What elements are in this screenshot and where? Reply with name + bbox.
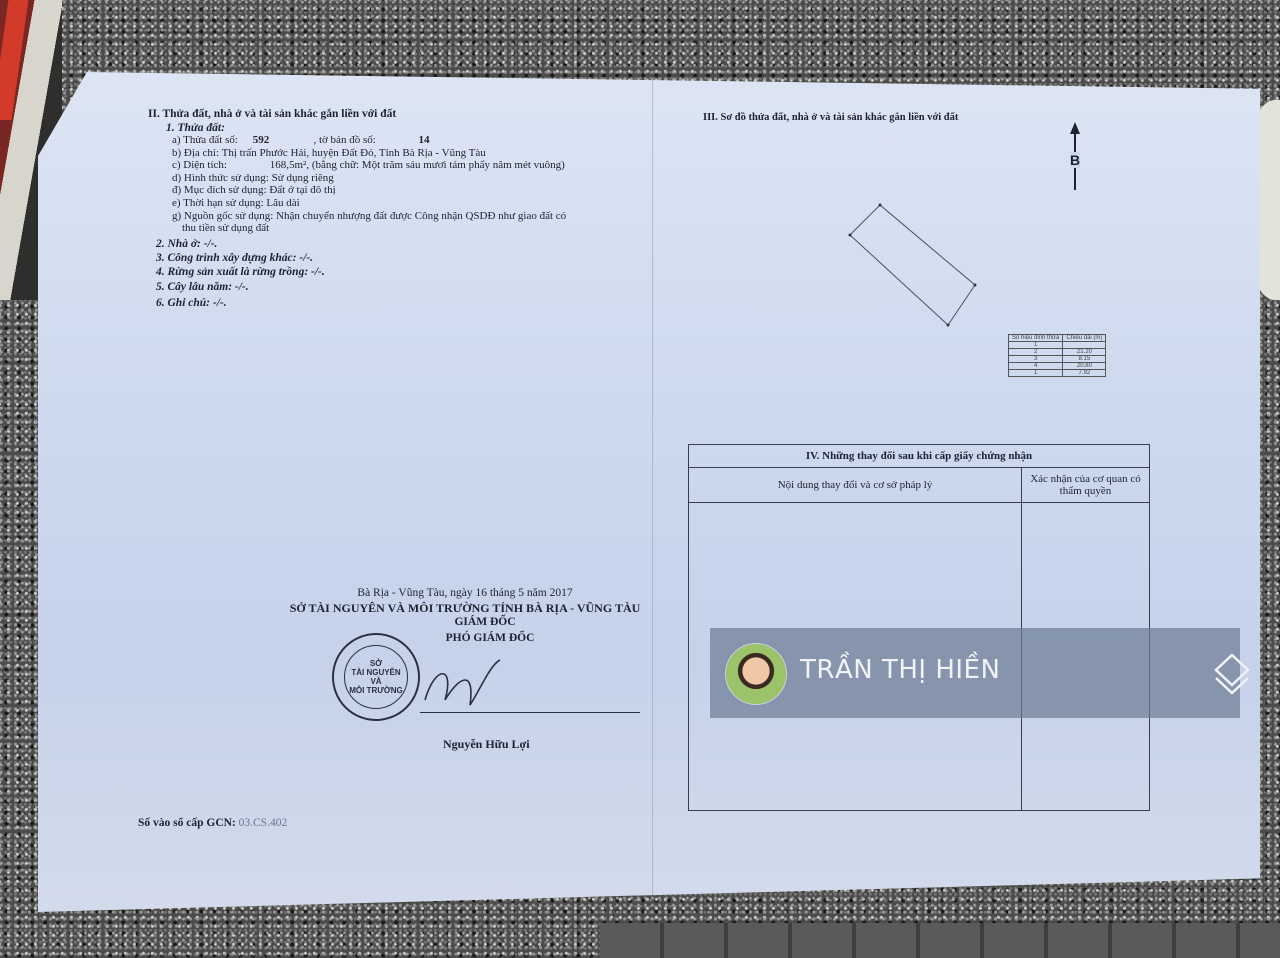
signature-line [420,712,640,713]
faint-bleed-text: ​ [360,450,560,461]
signature-block: Bà Rịa - Vũng Tàu, ngày 16 tháng 5 năm 2… [250,587,680,644]
registry-row: Số vào sổ cấp GCN: 03.CS.402 [138,817,287,830]
usage-purpose-row: đ) Mục đích sử dụng: Đất ở tại đô thị [172,184,566,197]
map-sheet-label: , tờ bản đồ số: [313,134,375,146]
usage-purpose-label: đ) Mục đích sử dụng: [172,184,267,196]
address-label: b) Địa chỉ: [172,147,219,159]
origin-label: g) Nguồn gốc sử dụng: [172,210,273,222]
vertex-length-table: Số hiệu đỉnh thửa Chiều dài (m) 1 221.20… [1008,334,1106,377]
place-date: Bà Rịa - Vũng Tàu, ngày 16 tháng 5 năm 2… [250,587,680,600]
address-row: b) Địa chỉ: Thị trấn Phước Hải, huyện Đấ… [172,147,566,160]
stamp-line-4: MÔI TRƯỜNG [349,686,402,695]
parcel-number-value: 592 [253,134,311,147]
table-row: 420.80 [1009,363,1106,370]
area-value: 168,5m², (bằng chữ: Một trăm sáu mươi tá… [270,159,565,171]
item-notes: 6. Ghi chú: -/-. [156,295,566,311]
address-value: Thị trấn Phước Hải, huyện Đất Đỏ, Tỉnh B… [222,147,486,159]
page-fold-line [652,80,653,900]
usage-purpose-value: Đất ở tại đô thị [269,184,335,196]
table-row: 17.92 [1009,370,1106,377]
area-label: c) Diện tích: [172,159,227,171]
parcel-sketch [840,195,990,335]
vertex-header: Số hiệu đỉnh thửa [1009,335,1063,342]
item-perennial-trees: 5. Cây lâu năm: -/-. [156,279,566,295]
vertex-cell: 2 [1009,349,1063,356]
usage-form-value: Sử dụng riêng [272,172,334,184]
table-row: 221.20 [1009,349,1106,356]
uploader-avatar[interactable] [725,643,787,705]
usage-term-label: e) Thời hạn sử dụng: [172,197,264,209]
length-header: Chiều dài (m) [1063,335,1106,342]
parcel-details: a) Thửa đất số: 592 , tờ bản đồ số: 14 b… [172,134,566,235]
item-house: 2. Nhà ở: -/-. [156,237,566,251]
length-cell: 8.15 [1063,356,1106,363]
registry-label: Số vào sổ cấp GCN: [138,817,236,829]
parcel-number-row: a) Thửa đất số: 592 , tờ bản đồ số: 14 [172,134,566,147]
length-cell: 20.80 [1063,363,1106,370]
director-title: GIÁM ĐỐC [290,616,680,628]
stamp-line-1: SỞ [370,659,382,668]
usage-term-row: e) Thời hạn sử dụng: Lâu dài [172,197,566,210]
area-row: c) Diện tích: 168,5m², (bằng chữ: Một tr… [172,159,566,172]
usage-term-value: Lâu dài [266,197,299,209]
vertex-cell: 1 [1009,370,1063,377]
origin-row: g) Nguồn gốc sử dụng: Nhận chuyển nhượng… [172,210,566,223]
usage-form-label: d) Hình thức sử dụng: [172,172,269,184]
section-3-title: III. Sơ đồ thửa đất, nhà ở và tài sản kh… [703,112,958,123]
table-row: 38.15 [1009,356,1106,363]
uploader-name[interactable]: TRẦN THỊ HIỀN [800,655,1000,685]
signature-scribble [415,655,515,715]
usage-form-row: d) Hình thức sử dụng: Sử dụng riêng [172,172,566,185]
item-planted-forest: 4. Rừng sản xuất là rừng trồng: -/-. [156,265,566,279]
length-cell: 21.20 [1063,349,1106,356]
vertex-cell: 1 [1009,342,1063,349]
changes-content-header: Nội dung thay đổi và cơ sở pháp lý [689,468,1022,503]
vertex-cell: 3 [1009,356,1063,363]
north-label: B [1070,152,1080,168]
parcel-heading: 1. Thửa đất: [166,122,566,134]
table-row: 1 [1009,342,1106,349]
length-cell: 7.92 [1063,370,1106,377]
registry-value: 03.CS.402 [239,817,288,829]
section-2: II. Thửa đất, nhà ở và tài sản khác gắn … [148,108,566,311]
other-items: 2. Nhà ở: -/-. 3. Công trình xây dựng kh… [156,237,566,311]
section-2-title: II. Thửa đất, nhà ở và tài sản khác gắn … [148,108,566,120]
stamp-line-2: TÀI NGUYÊN [351,668,400,677]
section-4-title: IV. Những thay đổi sau khi cấp giấy chứn… [689,445,1150,468]
floor-planks [600,923,1280,958]
origin-continuation: thu tiền sử dụng đất [182,222,566,235]
stamp-line-3: VÀ [370,677,381,686]
authority-confirmation-header: Xác nhận của cơ quan có thẩm quyền [1022,468,1150,503]
official-stamp: SỞ TÀI NGUYÊN VÀ MÔI TRƯỜNG [332,633,420,721]
map-sheet-value: 14 [419,134,430,146]
issuing-agency: SỞ TÀI NGUYÊN VÀ MÔI TRƯỜNG TỈNH BÀ RỊA … [250,601,680,616]
length-cell [1063,342,1106,349]
brand-logo-icon [1212,650,1252,700]
signer-name: Nguyễn Hữu Lợi [443,737,530,752]
origin-value: Nhận chuyển nhượng đất được Công nhận QS… [276,210,566,222]
parcel-number-label: a) Thửa đất số: [172,134,238,146]
vertex-cell: 4 [1009,363,1063,370]
item-other-construction: 3. Công trình xây dựng khác: -/-. [156,251,566,265]
